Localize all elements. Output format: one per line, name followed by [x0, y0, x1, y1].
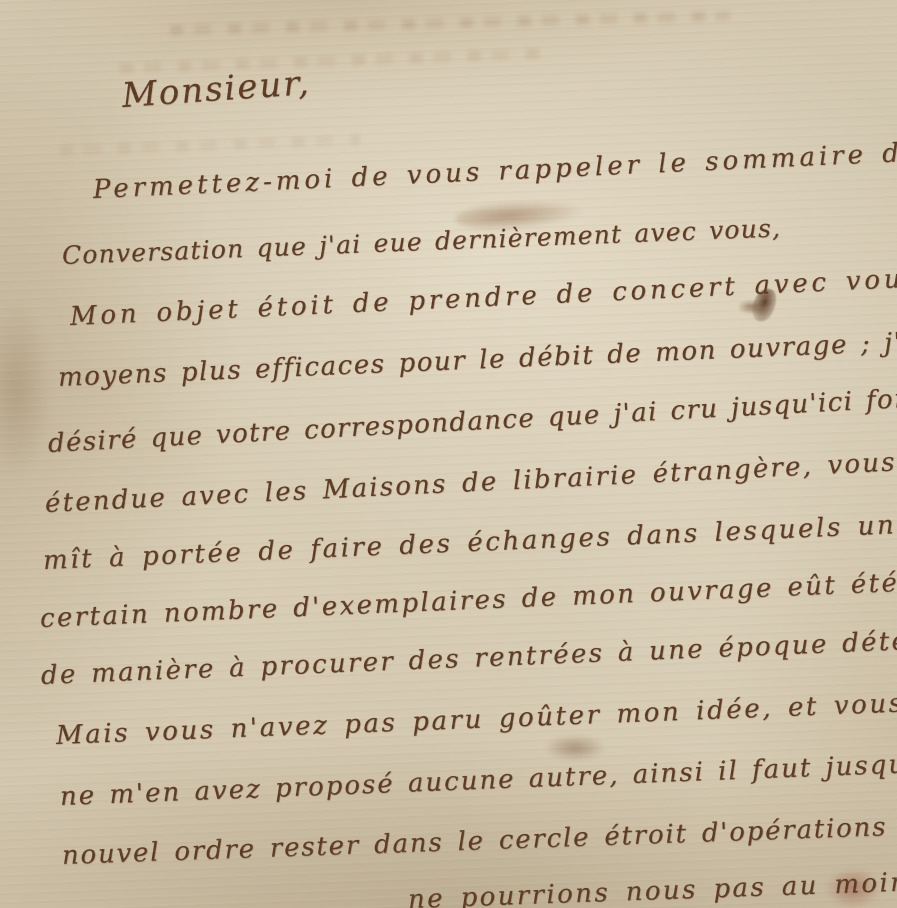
letter-line: ne m'en avez proposé aucune autre, ainsi…	[59, 749, 897, 811]
letter-line: certain nombre d'exemplaires de mon ouvr…	[39, 565, 897, 634]
letter-line: Mais vous n'avez pas paru goûter mon idé…	[55, 689, 897, 750]
letter-line: étendue avec les Maisons de librairie ét…	[44, 448, 897, 518]
letter-salutation: Monsieur,	[121, 65, 312, 115]
bleedthrough-marks	[170, 11, 730, 36]
letter-line: moyens plus efficaces pour le débit de m…	[57, 325, 897, 393]
letter-line: désiré que votre correspondance que j'ai…	[47, 384, 897, 458]
ink-smudge	[545, 735, 605, 761]
letter-line: mît à portée de faire des échanges dans …	[42, 511, 896, 575]
letter-line-partial: ne pourrions nous pas au moins	[408, 868, 897, 908]
letter-photo: Monsieur, Permettez-moi de vous rappeler…	[0, 0, 897, 908]
letter-line: de manière à procurer des rentrées à une…	[40, 622, 897, 690]
paper-stain	[0, 300, 52, 480]
letter-line: Conversation que j'ai eue dernièrement a…	[61, 214, 781, 269]
letter-line: Permettez-moi de vous rappeler le sommai…	[92, 136, 897, 204]
letter-line: nouvel ordre rester dans le cercle étroi…	[62, 813, 888, 870]
bleedthrough-marks	[60, 135, 360, 155]
ink-blot	[738, 300, 764, 314]
bleedthrough-marks	[120, 49, 540, 74]
letter-line: Mon objet étoit de prendre de concert av…	[69, 261, 897, 332]
